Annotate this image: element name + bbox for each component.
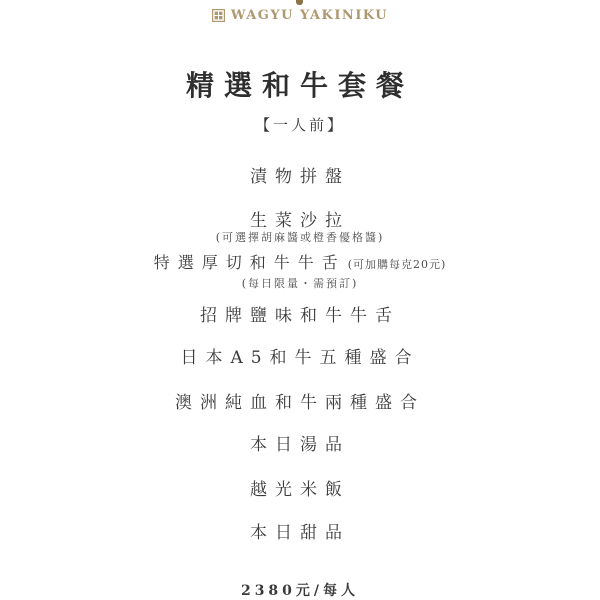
menu-item-salad-note: (可選擇胡麻醬或橙香優格醬): [0, 229, 600, 245]
menu-title: 精選和牛套餐: [0, 64, 600, 104]
menu-item-premium-tongue-addon-note: (可加購每克20元): [348, 258, 447, 271]
logo-crest-partial: [296, 0, 303, 5]
menu-item-salted-tongue: 招牌鹽味和牛牛舌: [0, 301, 600, 326]
menu-item-premium-tongue-note: (每日限量・需預訂): [0, 275, 600, 291]
seal-stamp-icon: [212, 9, 225, 22]
menu-item-japan-a5-assortment: 日本A5和牛五種盛合: [0, 343, 600, 368]
price-per-person: 2380元/每人: [0, 580, 600, 600]
menu-item-dessert: 本日甜品: [0, 518, 600, 543]
menu-item-soup: 本日湯品: [0, 430, 600, 455]
brand-name: WAGYU YAKINIKU: [231, 8, 388, 23]
menu-item-salad: 生菜沙拉: [0, 206, 600, 231]
menu-page: WAGYU YAKINIKU 精選和牛套餐 【一人前】 漬物拼盤 生菜沙拉 (可…: [0, 0, 600, 600]
menu-item-premium-tongue: 特選厚切和牛牛舌(可加購每克20元): [0, 250, 600, 273]
brand-header: WAGYU YAKINIKU: [0, 6, 600, 24]
menu-item-australia-assortment: 澳洲純血和牛兩種盛合: [0, 388, 600, 413]
menu-item-pickles: 漬物拼盤: [0, 162, 600, 187]
menu-item-premium-tongue-name: 特選厚切和牛牛舌: [154, 253, 346, 272]
menu-item-rice: 越光米飯: [0, 475, 600, 500]
serving-size-label: 【一人前】: [0, 114, 600, 135]
